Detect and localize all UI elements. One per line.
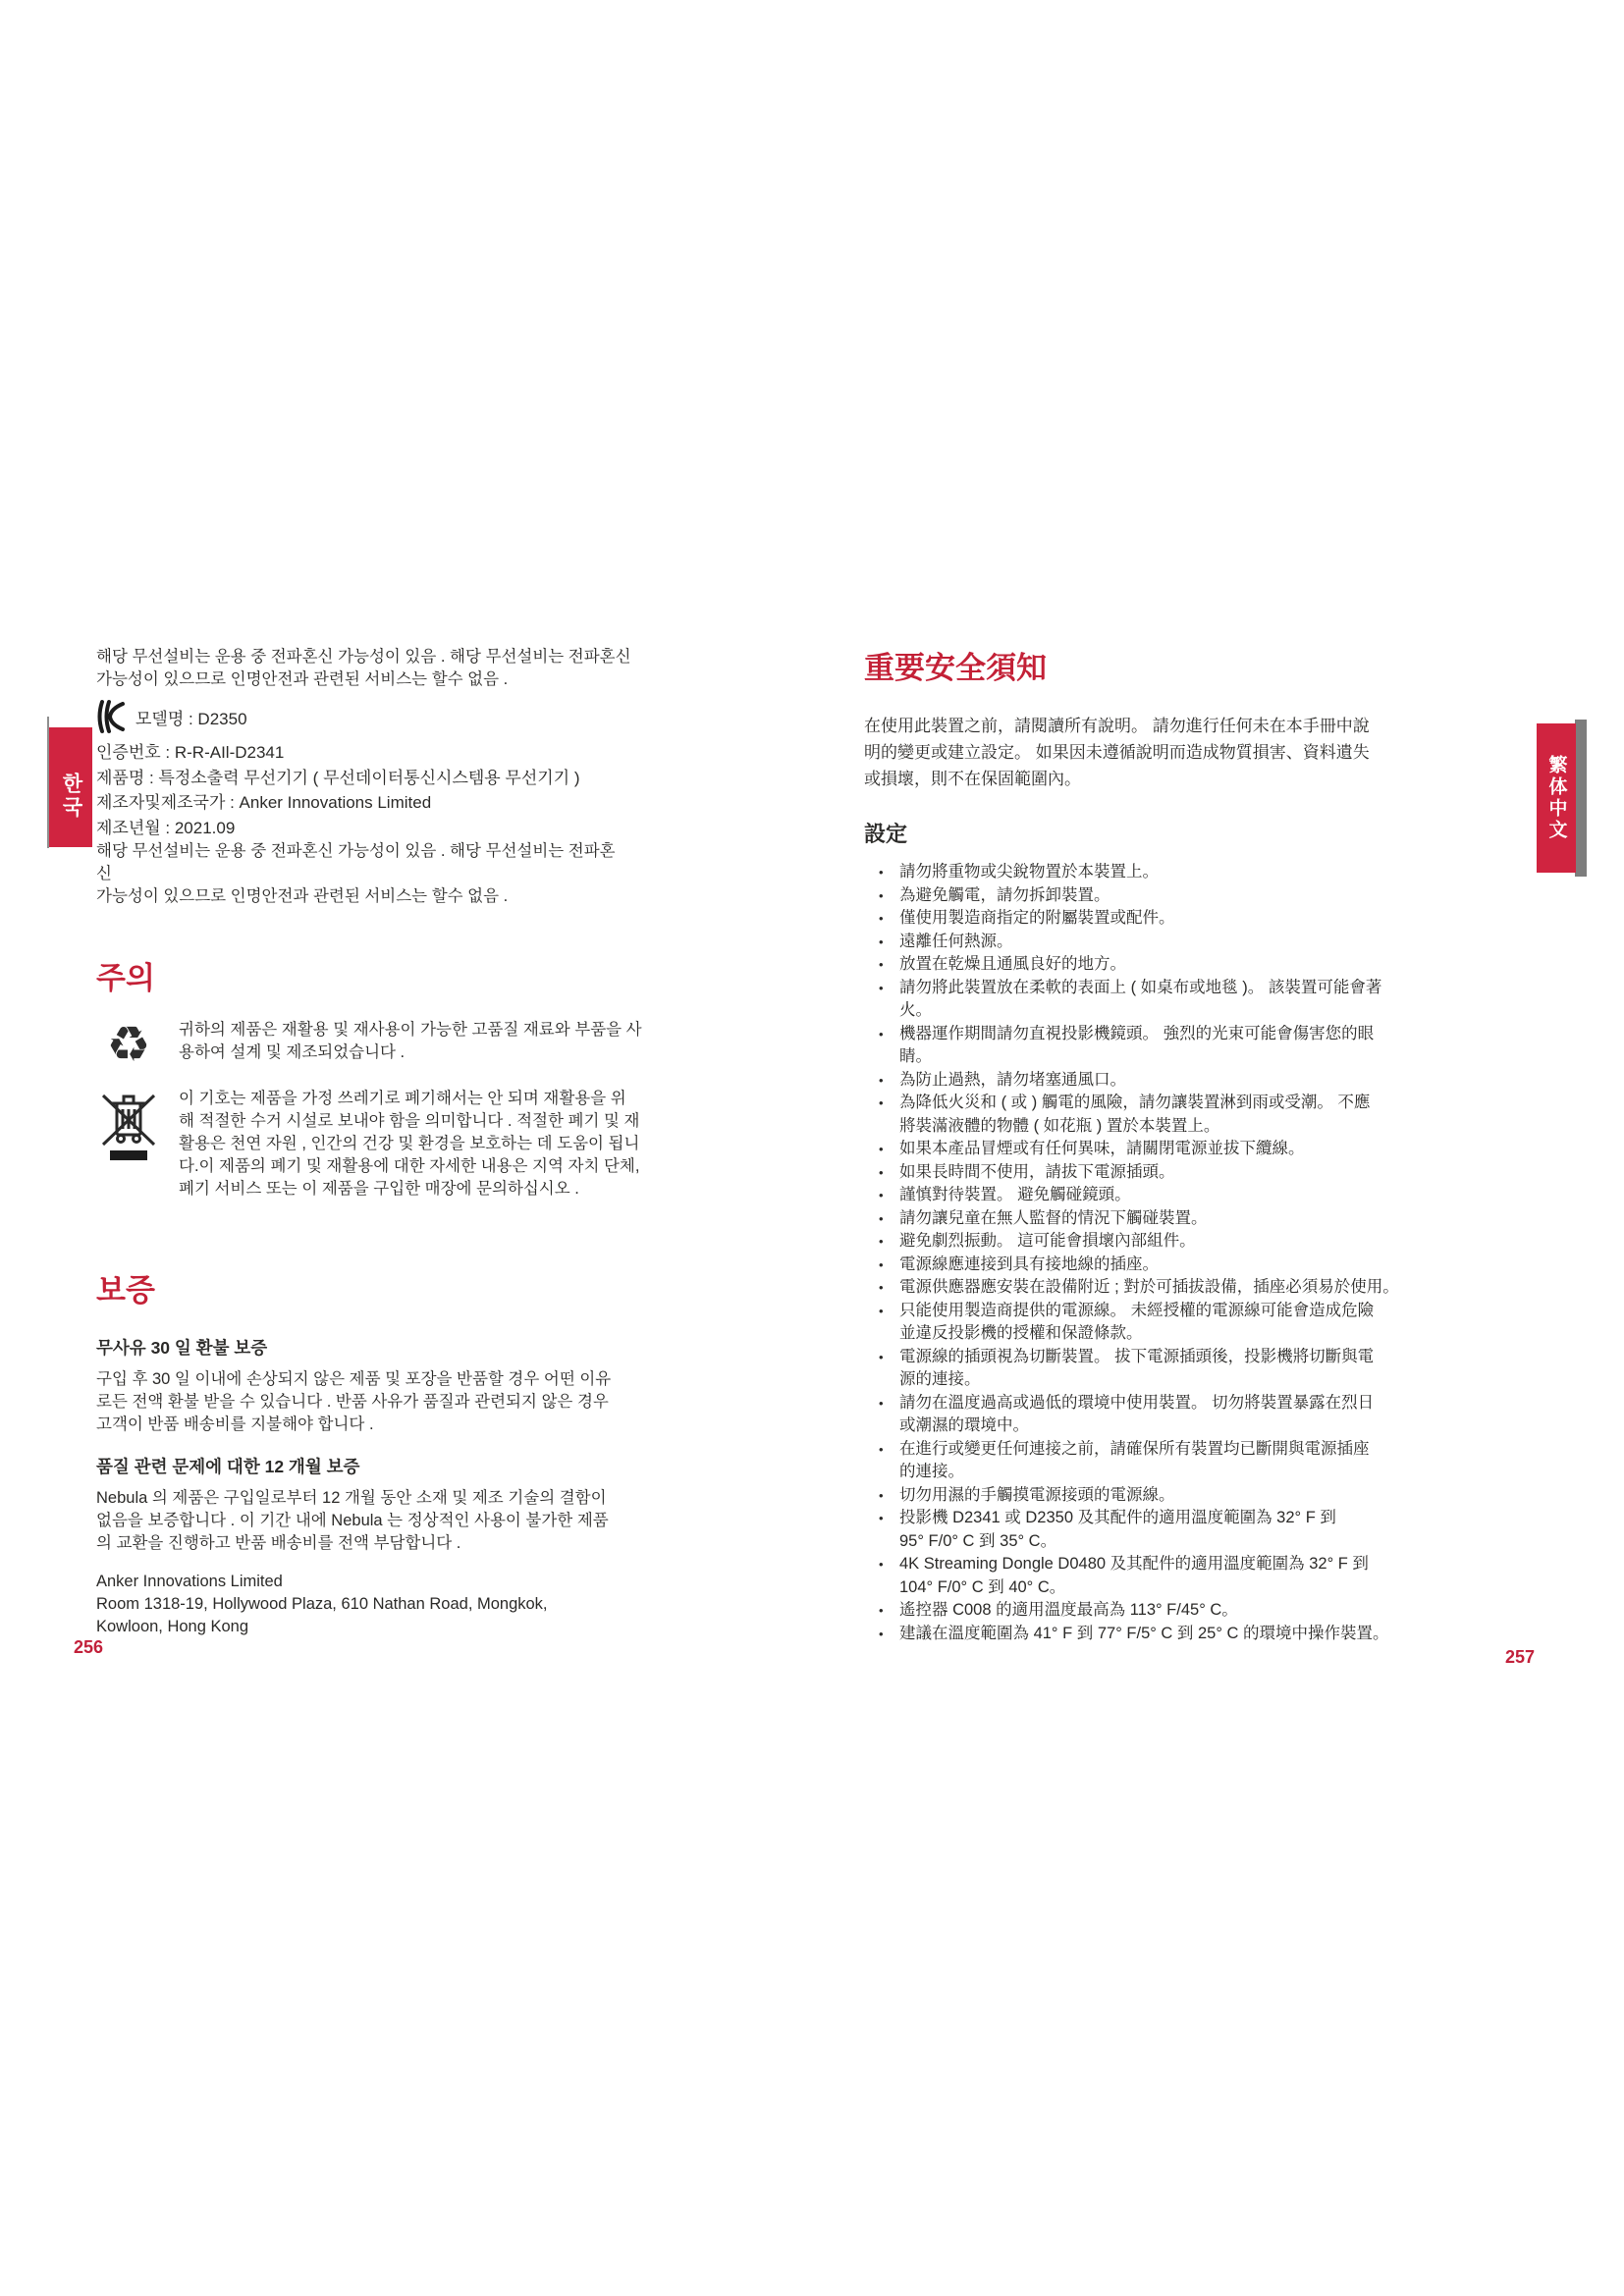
setup-bullet-item: 切勿用濕的手觸摸電源接頭的電源線。 bbox=[864, 1484, 1489, 1508]
interference-notice: 해당 무선설비는 운용 중 전파혼신 가능성이 있음 . 해당 무선설비는 전파… bbox=[96, 840, 752, 908]
setup-bullet-item: 4K Streaming Dongle D0480 及其配件的適用溫度範圍為 3… bbox=[864, 1553, 1489, 1599]
setup-bullet-item: 只能使用製造商提供的電源線。 未經授權的電源線可能會造成危險 並違反投影機的授權… bbox=[864, 1300, 1489, 1346]
setup-bullet-item: 請勿將此裝置放在柔軟的表面上 ( 如桌布或地毯 )。 該裝置可能會著 火。 bbox=[864, 977, 1489, 1023]
quality-warranty-body: Nebula 의 제품은 구입일로부터 12 개월 동안 소재 및 제조 기술의… bbox=[96, 1487, 752, 1555]
setup-bullet-item: 如果長時間不使用，請拔下電源插頭。 bbox=[864, 1161, 1489, 1185]
manual-spread: 한국 繁体中文 해당 무선설비는 운용 중 전파혼신 가능성이 있음 . 해당 … bbox=[0, 0, 1624, 2296]
setup-bullet-item: 放置在乾燥且通風良好的地方。 bbox=[864, 953, 1489, 977]
language-tab-korean-label: 한국 bbox=[56, 773, 85, 820]
setup-bullet-item: 請勿在溫度過高或過低的環境中使用裝置。 切勿將裝置暴露在烈日 或潮濕的環境中。 bbox=[864, 1392, 1489, 1438]
page-number-left: 256 bbox=[74, 1637, 103, 1658]
korean-page: 해당 무선설비는 운용 중 전파혼신 가능성이 있음 . 해당 무선설비는 전파… bbox=[96, 646, 752, 1638]
setup-bullet-list: 請勿將重物或尖銳物置於本裝置上。為避免觸電，請勿拆卸裝置。僅使用製造商指定的附屬… bbox=[864, 861, 1489, 1645]
setup-bullet-item: 在進行或變更任何連接之前，請確保所有裝置均已斷開與電源插座 的連接。 bbox=[864, 1438, 1489, 1484]
company-name: Anker Innovations Limited bbox=[96, 1571, 752, 1593]
page-number-right: 257 bbox=[1505, 1647, 1535, 1668]
setup-bullet-item: 僅使用製造商指定的附屬裝置或配件。 bbox=[864, 907, 1489, 931]
safety-title: 重要安全須知 bbox=[864, 643, 1489, 687]
setup-bullet-item: 為防止過熱，請勿堵塞通風口。 bbox=[864, 1069, 1489, 1093]
refund-policy-body: 구입 후 30 일 이내에 손상되지 않은 제품 및 포장을 반품할 경우 어떤… bbox=[96, 1368, 752, 1436]
recycle-icon: ♻ bbox=[96, 1019, 161, 1070]
warranty-heading: 보증 bbox=[96, 1265, 752, 1309]
setup-bullet-item: 謹慎對待裝置。 避免觸碰鏡頭。 bbox=[864, 1184, 1489, 1207]
setup-bullet-item: 為降低火災和 ( 或 ) 觸電的風險，請勿讓裝置淋到雨或受潮。 不應 將裝滿液體… bbox=[864, 1092, 1489, 1138]
setup-bullet-item: 機器運作期間請勿直視投影機鏡頭。 強烈的光束可能會傷害您的眼 睛。 bbox=[864, 1023, 1489, 1069]
setup-bullet-item: 請勿讓兒童在無人監督的情況下觸碰裝置。 bbox=[864, 1207, 1489, 1231]
setup-bullet-item: 投影機 D2341 或 D2350 及其配件的適用溫度範圍為 32° F 到 9… bbox=[864, 1507, 1489, 1553]
setup-bullet-item: 電源線應連接到具有接地線的插座。 bbox=[864, 1254, 1489, 1277]
safety-intro: 在使用此裝置之前，請閱讀所有說明。 請勿進行任何未在本手冊中說 明的變更或建立設… bbox=[864, 713, 1489, 792]
kc-certification-row: 모델명 : D2350 bbox=[96, 698, 752, 735]
kc-certification-icon bbox=[96, 698, 126, 735]
setup-bullet-item: 建議在溫度範圍為 41° F 到 77° F/5° C 到 25° C 的環境中… bbox=[864, 1623, 1489, 1646]
setup-bullet-item: 遙控器 C008 的適用溫度最高為 113° F/45° C。 bbox=[864, 1599, 1489, 1623]
company-address: Room 1318-19, Hollywood Plaza, 610 Natha… bbox=[96, 1593, 752, 1638]
weee-bin-icon bbox=[96, 1088, 161, 1201]
chinese-page: 重要安全須知 在使用此裝置之前，請閱讀所有說明。 請勿進行任何未在本手冊中說 明… bbox=[864, 643, 1489, 1645]
weee-statement-row: 이 기호는 제품을 가정 쓰레기로 폐기해서는 안 되며 재활용을 위 해 적절… bbox=[96, 1088, 752, 1201]
setup-bullet-item: 電源線的插頭視為切斷裝置。 拔下電源插頭後，投影機將切斷與電 源的連接。 bbox=[864, 1346, 1489, 1392]
cert-number-line: 인증번호 : R-R-AIl-D2341 bbox=[96, 740, 752, 766]
caution-heading: 주의 bbox=[96, 953, 752, 997]
recycle-statement: 귀하의 제품은 재활용 및 재사용이 가능한 고품질 재료와 부품을 사 용하여… bbox=[179, 1019, 642, 1070]
setup-heading: 設定 bbox=[864, 818, 1489, 848]
interference-intro: 해당 무선설비는 운용 중 전파혼신 가능성이 있음 . 해당 무선설비는 전파… bbox=[96, 646, 752, 691]
language-tab-chinese-label: 繁体中文 bbox=[1543, 755, 1570, 841]
setup-bullet-item: 如果本產品冒煙或有任何異味，請關閉電源並拔下纜線。 bbox=[864, 1138, 1489, 1161]
model-name-line: 모델명 : D2350 bbox=[135, 705, 247, 729]
weee-statement: 이 기호는 제품을 가정 쓰레기로 폐기해서는 안 되며 재활용을 위 해 적절… bbox=[179, 1088, 639, 1201]
setup-bullet-item: 遠離任何熱源。 bbox=[864, 931, 1489, 954]
quality-warranty-title: 품질 관련 문제에 대한 12 개월 보증 bbox=[96, 1454, 752, 1478]
manufacturer-line: 제조자및제조국가 : Anker Innovations Limited bbox=[96, 790, 752, 816]
language-tab-korean: 한국 bbox=[49, 727, 92, 847]
recycle-statement-row: ♻ 귀하의 제품은 재활용 및 재사용이 가능한 고품질 재료와 부품을 사 용… bbox=[96, 1019, 752, 1070]
setup-bullet-item: 避免劇烈振動。 這可能會損壞內部組件。 bbox=[864, 1230, 1489, 1254]
setup-bullet-item: 電源供應器應安裝在設備附近 ; 對於可插拔設備，插座必須易於使用。 bbox=[864, 1276, 1489, 1300]
page-edge-shadow bbox=[1575, 720, 1587, 877]
refund-policy-title: 무사유 30 일 환불 보증 bbox=[96, 1335, 752, 1360]
setup-bullet-item: 請勿將重物或尖銳物置於本裝置上。 bbox=[864, 861, 1489, 884]
language-tab-chinese: 繁体中文 bbox=[1537, 723, 1576, 873]
product-name-line: 제품명 : 특정소출력 무선기기 ( 무선데이터통신시스템용 무선기기 ) bbox=[96, 766, 752, 791]
setup-bullet-item: 為避免觸電，請勿拆卸裝置。 bbox=[864, 884, 1489, 908]
manufacture-date-line: 제조년월 : 2021.09 bbox=[96, 816, 752, 841]
